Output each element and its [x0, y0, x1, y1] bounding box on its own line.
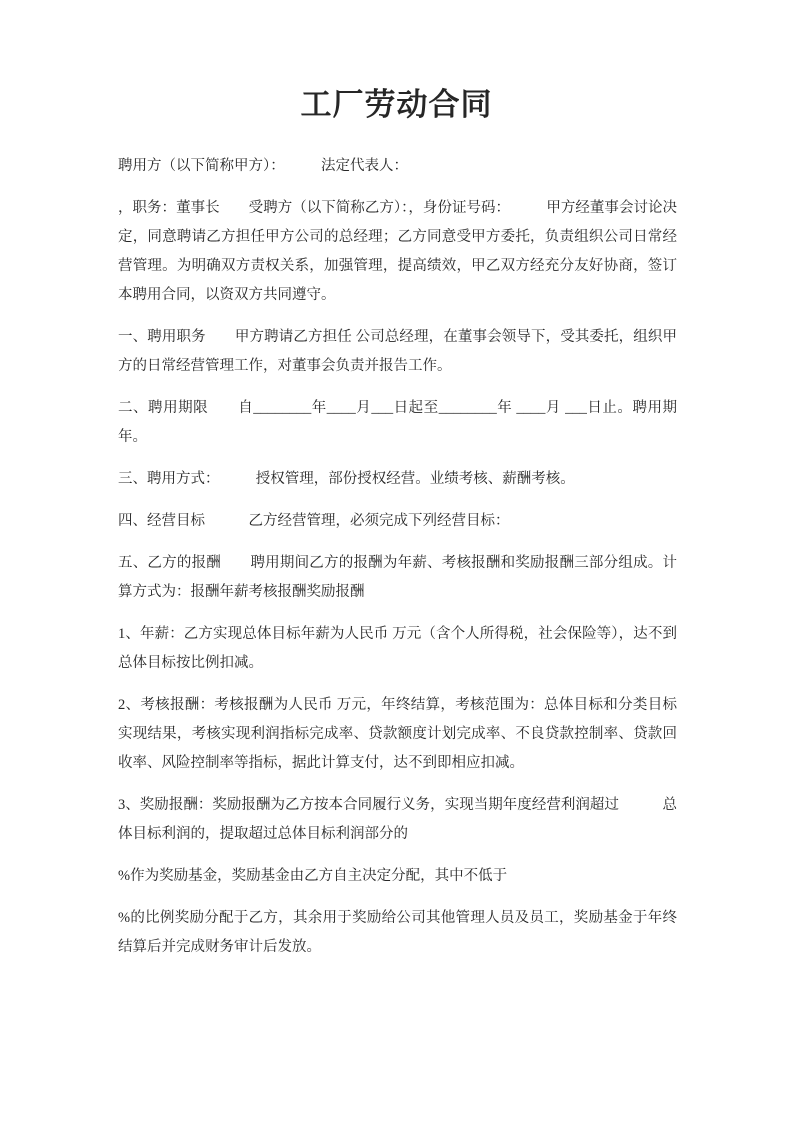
section-1-employment-position: 一、聘用职务 甲方聘请乙方担任 公司总经理，在董事会领导下，受其委托，组织甲方的…	[118, 323, 677, 381]
line-parties: 聘用方（以下简称甲方）： 法定代表人：	[118, 152, 677, 181]
section-2-employment-term: 二、聘用期限 自________年____月___日起至________年 __…	[118, 394, 677, 452]
document-body: 聘用方（以下简称甲方）： 法定代表人： ，职务：董事长 受聘方（以下简称乙方）：…	[0, 125, 793, 962]
item-3-bonus-pay: 3、奖励报酬：奖励报酬为乙方按本合同履行义务，实现当期年度经营利润超过 总体目标…	[118, 791, 677, 849]
item-1-annual-salary: 1、年薪：乙方实现总体目标年薪为人民币 万元（含个人所得税，社会保险等），达不到…	[118, 620, 677, 678]
item-2-assessment-pay: 2、考核报酬：考核报酬为人民币 万元，年终结算，考核范围为：总体目标和分类目标实…	[118, 691, 677, 778]
section-3-employment-method: 三、聘用方式： 授权管理，部份授权经营。业绩考核、薪酬考核。	[118, 465, 677, 494]
document-title: 工厂劳动合同	[0, 0, 793, 125]
paragraph-preamble: ，职务：董事长 受聘方（以下简称乙方）：，身份证号码： 甲方经董事会讨论决定，同…	[118, 194, 677, 310]
section-4-business-goals: 四、经营目标 乙方经营管理，必须完成下列经营目标：	[118, 507, 677, 536]
document-page: 工厂劳动合同 聘用方（以下简称甲方）： 法定代表人： ，职务：董事长 受聘方（以…	[0, 0, 793, 1122]
paragraph-bonus-fund: %作为奖励基金，奖励基金由乙方自主决定分配，其中不低于	[118, 862, 677, 891]
paragraph-bonus-distribution: %的比例奖励分配于乙方，其余用于奖励给公司其他管理人员及员工，奖励基金于年终结算…	[118, 904, 677, 962]
section-5-compensation: 五、乙方的报酬 聘用期间乙方的报酬为年薪、考核报酬和奖励报酬三部分组成。计算方式…	[118, 549, 677, 607]
